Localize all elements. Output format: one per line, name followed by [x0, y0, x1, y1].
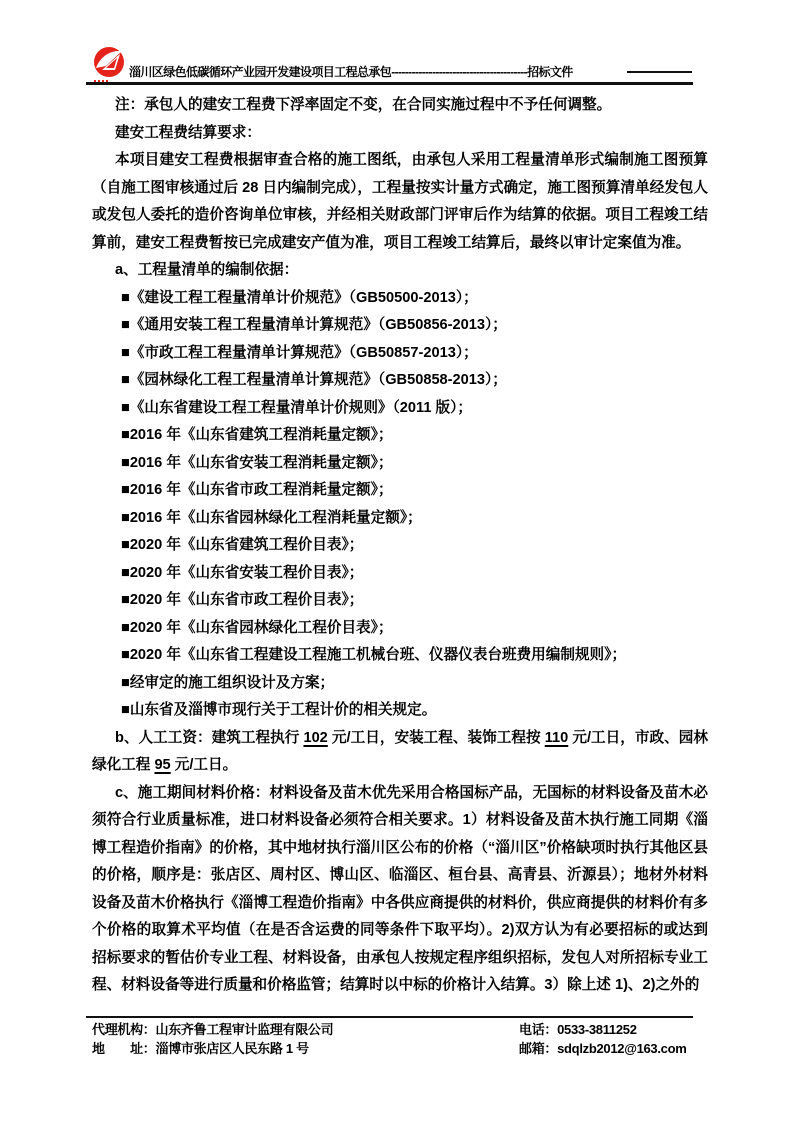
wage-rate-landscaping: 95 [154, 757, 170, 773]
list-item: ■2020 年《山东省建筑工程价目表》； [92, 532, 708, 560]
material-price-paragraph: c、施工期间材料价格：材料设备及苗木优先采用合格国标产品，无国标的材料设备及苗木… [92, 780, 708, 1000]
email-row: 邮箱：sdqlzb2012@163.com [519, 1039, 687, 1058]
list-item: ■《山东省建设工程工程量清单计价规则》（2011 版）； [92, 395, 708, 423]
header-short-rule [627, 71, 692, 73]
company-logo-icon [93, 46, 127, 86]
note-paragraph: 注：承包人的建安工程费下浮率固定不变，在合同实施过程中不予任何调整。 [92, 92, 708, 120]
list-a-heading: a、工程量清单的编制依据： [92, 257, 708, 285]
wage-text-1: b、人工工资：建筑工程执行 [115, 730, 303, 746]
document-page: 淄川区绿色低碳循环产业园开发建设项目工程总承包-----------------… [0, 0, 793, 1121]
wage-text-2: 元/工日，安装工程、装饰工程按 [328, 730, 545, 746]
list-item: ■2020 年《山东省工程建设工程施工机械台班、仪器仪表台班费用编制规则》； [92, 642, 708, 670]
wage-text-4: 元/工日。 [171, 757, 238, 773]
header-dashes: ---------------------------------------- [391, 65, 527, 79]
agency-value: 山东齐鲁工程审计监理有限公司 [156, 1022, 334, 1037]
email-label: 邮箱： [519, 1041, 557, 1056]
wage-rate-installation: 110 [545, 730, 569, 746]
logo-emblem-icon [93, 46, 125, 78]
list-item: ■2016 年《山东省建筑工程消耗量定额》； [92, 422, 708, 450]
wage-rate-construction: 102 [303, 730, 327, 746]
list-item: ■2016 年《山东省市政工程消耗量定额》； [92, 477, 708, 505]
agency-row: 代理机构：山东齐鲁工程审计监理有限公司 [92, 1020, 333, 1039]
settlement-method-paragraph: 本项目建安工程费根据审查合格的施工图纸，由承包人采用工程量清单形式编制施工图预算… [92, 147, 708, 257]
settlement-requirements-heading: 建安工程费结算要求： [92, 120, 708, 148]
address-value: 淄博市张店区人民东路 1 号 [156, 1041, 309, 1056]
footer-contact-block: 电话：0533-3811252 邮箱：sdqlzb2012@163.com [519, 1020, 687, 1058]
document-body: 注：承包人的建安工程费下浮率固定不变，在合同实施过程中不予任何调整。 建安工程费… [92, 92, 708, 1000]
phone-value: 0533-3811252 [557, 1022, 637, 1037]
list-item: ■《建设工程工程量清单计价规范》（GB50500-2013）； [92, 285, 708, 313]
list-item: ■《园林绿化工程工程量清单计算规范》（GB50858-2013）； [92, 367, 708, 395]
email-value: sdqlzb2012@163.com [557, 1041, 686, 1056]
header-title: 淄川区绿色低碳循环产业园开发建设项目工程总承包-----------------… [129, 63, 573, 80]
labor-wage-paragraph: b、人工工资：建筑工程执行 102 元/工日，安装工程、装饰工程按 110 元/… [92, 725, 708, 780]
header-project-title: 淄川区绿色低碳循环产业园开发建设项目工程总承包 [129, 65, 391, 79]
list-item: ■经审定的施工组织设计及方案； [92, 670, 708, 698]
list-item: ■2016 年《山东省园林绿化工程消耗量定额》； [92, 505, 708, 533]
list-item: ■《市政工程工程量清单计算规范》（GB50857-2013）； [92, 340, 708, 368]
list-item: ■2020 年《山东省园林绿化工程价目表》； [92, 615, 708, 643]
phone-row: 电话：0533-3811252 [519, 1020, 687, 1039]
header-rule [86, 82, 693, 85]
address-label: 地 址： [92, 1041, 156, 1056]
list-item: ■2020 年《山东省市政工程价目表》； [92, 587, 708, 615]
agency-label: 代理机构： [92, 1022, 156, 1037]
phone-label: 电话： [519, 1022, 557, 1037]
footer-rule [86, 1016, 693, 1018]
address-row: 地 址：淄博市张店区人民东路 1 号 [92, 1039, 333, 1058]
list-item: ■山东省及淄博市现行关于工程计价的相关规定。 [92, 697, 708, 725]
footer-agency-block: 代理机构：山东齐鲁工程审计监理有限公司 地 址：淄博市张店区人民东路 1 号 [92, 1020, 333, 1058]
list-item: ■2016 年《山东省安装工程消耗量定额》； [92, 450, 708, 478]
list-item: ■《通用安装工程工程量清单计算规范》（GB50856-2013）； [92, 312, 708, 340]
list-item: ■2020 年《山东省安装工程价目表》； [92, 560, 708, 588]
header-doc-type: 招标文件 [527, 65, 573, 79]
